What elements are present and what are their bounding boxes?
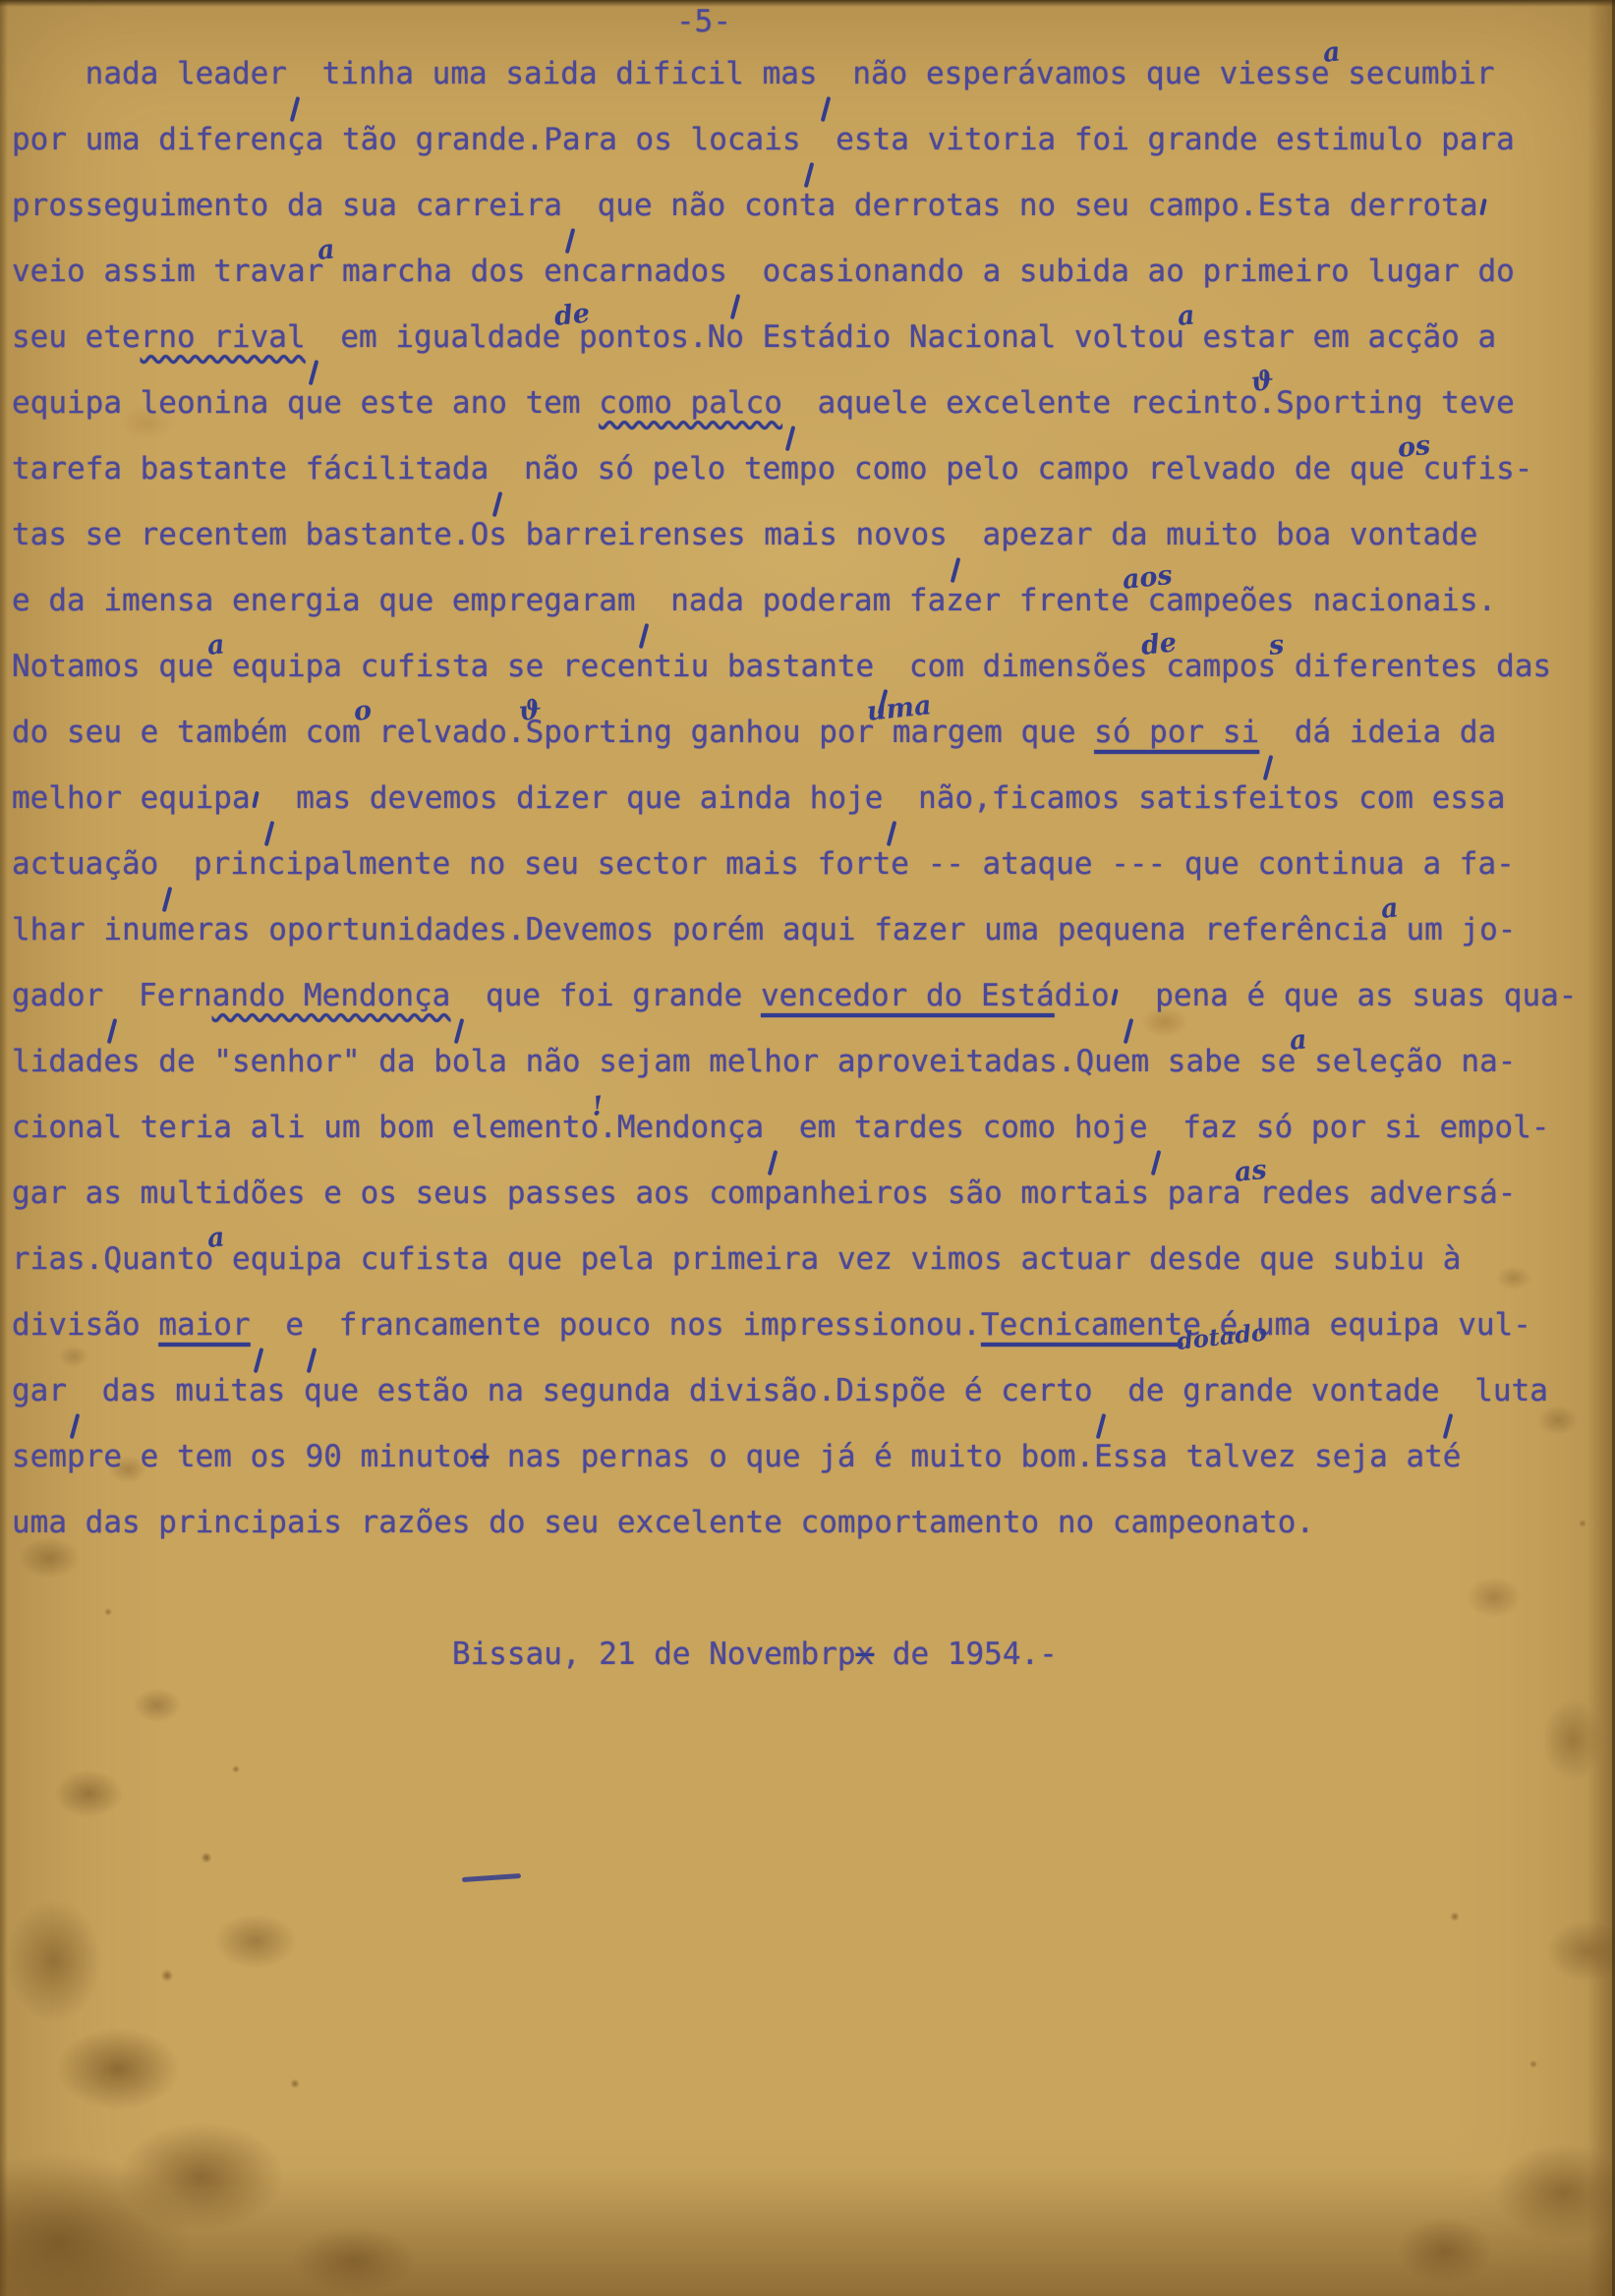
underlined-text: vencedor do Está (761, 978, 1055, 1013)
typed-text: não só pelo tempo como pelo campo relvad… (505, 451, 1405, 487)
typed-text: lidades de "senhor" da bola não sejam me… (12, 1044, 1296, 1079)
typed-text: Sporting ganhou por (526, 715, 875, 750)
text-line: lidades de "senhor" da bola não sejam me… (12, 1029, 1609, 1095)
typed-text: seleção na- (1296, 1044, 1516, 1079)
typed-text: Notamos que (12, 649, 213, 684)
typed-text: francamente pouco nos impressionou. (320, 1307, 981, 1343)
typed-text: .Mendonça (599, 1110, 764, 1145)
typed-text: esta vitoria foi grande estimulo para (818, 122, 1515, 157)
typed-text: tas se recentem bastante.Os barreirenses… (12, 517, 948, 552)
struck-text: d (471, 1439, 490, 1474)
typed-text: gar (12, 1373, 67, 1408)
typed-text: redes adversá- (1240, 1176, 1516, 1211)
typed-text: estar em acção a (1184, 319, 1496, 355)
text-line: gador Fernando Mendonça que foi grande v… (12, 963, 1609, 1029)
typed-text: equipa leonina que este ano tem (12, 385, 599, 421)
typed-text: nada leader (12, 56, 287, 91)
typed-text: gar as multidões e os seus passes aos co… (12, 1176, 1240, 1211)
text-line: prosseguimento da sua carreira que não c… (12, 173, 1609, 239)
top-edge-shading (0, 0, 1615, 7)
typed-text: diferentes das (1276, 649, 1551, 684)
typed-text: tarefa bastante fácilitada (12, 451, 489, 487)
typed-text: nas pernas o que já é muito bom.Essa tal… (489, 1439, 1461, 1474)
text-line: sempre e tem os 90 minutod nas pernas o … (12, 1424, 1609, 1490)
typed-text: dio (1055, 978, 1110, 1013)
typed-text: sempre e tem os 90 minuto (12, 1439, 471, 1474)
document-lines: nada leader tinha uma saida dificil mas … (12, 41, 1609, 1688)
typed-text: nada poderam fazer frente (653, 583, 1129, 618)
typed-text: um jo- (1388, 912, 1517, 947)
typed-text: Bissau, 21 de Novembrp (12, 1636, 856, 1672)
text-line: Bissau, 21 de Novembrpx de 1954.- (12, 1622, 1609, 1688)
text-line: equipa leonina que este ano tem como pal… (12, 371, 1609, 436)
typed-text: luta (1457, 1373, 1548, 1408)
typed-text: aquele excelente recinto (799, 385, 1258, 421)
text-line (12, 1556, 1609, 1622)
typed-text: divisão (12, 1307, 158, 1343)
typed-text: veio assim travar (12, 254, 323, 289)
pen-stroke-mark (462, 1873, 521, 1882)
typed-text: pena é que as suas qua- (1137, 978, 1578, 1013)
typed-text: prosseguimento da sua carreira (12, 188, 562, 223)
typed-text: não,ficamos satisfeitos com essa (899, 780, 1505, 816)
typed-text: pontos.No Estádio Nacional voltou (560, 319, 1184, 355)
typed-text: em igualdade (322, 319, 561, 355)
typed-text: uma das principais razões do seu excelen… (12, 1505, 1314, 1540)
typed-text: de grande vontade (1110, 1373, 1440, 1408)
text-line: tas se recentem bastante.Os barreirenses… (12, 502, 1609, 568)
typed-text: ocasionando a subida ao primeiro lugar d… (744, 254, 1515, 289)
typed-text: principalmente no seu sector mais forte … (175, 846, 1514, 882)
underlined-text: maior (158, 1307, 250, 1343)
typed-text: que não conta derrotas no seu campo.Esta… (579, 188, 1478, 223)
text-line: seu eterno rival em igualdadede pontos.N… (12, 305, 1609, 371)
text-line: por uma diferença tão grande.Para os loc… (12, 107, 1609, 173)
text-line: tarefa bastante fácilitada não só pelo t… (12, 436, 1609, 502)
underlined-text: ando Mendonça (212, 978, 451, 1013)
typed-text: apezar da muito boa vontade (964, 517, 1478, 552)
typed-text: em tardes como hoje (780, 1110, 1147, 1145)
text-line: Notamos quea equipa cufista se recentiu … (12, 634, 1609, 700)
typed-text: do seu e também com (12, 715, 361, 750)
typed-text: relvado. (361, 715, 526, 750)
text-line: rias.Quantoa equipa cufista que pela pri… (12, 1227, 1609, 1292)
typed-text: equipa cufista se recentiu bastante (213, 649, 874, 684)
typed-text: lhar inumeras oportunidades.Devemos poré… (12, 912, 1388, 947)
bottom-edge-shading (0, 2168, 1615, 2296)
text-line: veio assim travara marcha dos encarnados… (12, 239, 1609, 305)
typed-text: e da imensa energia que empregaram (12, 583, 636, 618)
underlined-text: como palco (599, 385, 782, 421)
typed-text: secumbir (1330, 56, 1495, 91)
typed-text: rias.Quanto (12, 1241, 213, 1277)
typed-text: melhor equipa (12, 780, 251, 816)
typed-text: actuação (12, 846, 158, 882)
text-line: nada leader tinha uma saida dificil mas … (12, 41, 1609, 107)
underlined-text: rno rival (141, 319, 306, 355)
text-line: lhar inumeras oportunidades.Devemos poré… (12, 897, 1609, 963)
text-line: e da imensa energia que empregaram nada … (12, 568, 1609, 634)
typed-text: .Sporting teve (1258, 385, 1515, 421)
typed-text: marcha dos encarnados (323, 254, 727, 289)
text-line: do seu e também como relvado.ϑSporting g… (12, 700, 1609, 766)
text-line: melhor equipa mas devemos dizer que aind… (12, 766, 1609, 832)
typed-text: das muitas que estão na segunda divisão.… (84, 1373, 1093, 1408)
typed-text: campeões nacionais. (1129, 583, 1496, 618)
underlined-text: só por si (1094, 715, 1259, 750)
typed-text: cional teria ali um bom elemento (12, 1110, 599, 1145)
left-edge-shading (0, 0, 8, 2296)
struck-text: x (856, 1636, 875, 1672)
typed-text: faz só por si empol- (1165, 1110, 1550, 1145)
typed-text: não esperávamos que viesse (835, 56, 1330, 91)
typed-text: que foi grande (467, 978, 761, 1013)
typed-text: equipa cufista que pela primeira vez vim… (213, 1241, 1461, 1277)
typed-text: seu ete (12, 319, 141, 355)
underlined-text: Tecnicament (981, 1307, 1182, 1343)
typed-text: tinha uma saida dificil mas (304, 56, 818, 91)
typed-text: Fern (120, 978, 211, 1013)
text-line: gar das muitas que estão na segunda divi… (12, 1358, 1609, 1424)
text-line: uma das principais razões do seu excelen… (12, 1490, 1609, 1556)
typed-text: de 1954.- (874, 1636, 1058, 1672)
typed-text: com dimensões (891, 649, 1147, 684)
page-number: -5- (676, 4, 731, 39)
text-line: divisão maior e francamente pouco nos im… (12, 1292, 1609, 1358)
text-line: gar as multidões e os seus passes aos co… (12, 1161, 1609, 1227)
typed-text: e (267, 1307, 304, 1343)
scanned-document-page: -5- nada leader tinha uma saida dificil … (0, 0, 1615, 2296)
typed-text: por uma diferença tão grande.Para os loc… (12, 122, 801, 157)
text-line: cional teria ali um bom elemento!.Mendon… (12, 1095, 1609, 1161)
typed-text: mas devemos dizer que ainda hoje (278, 780, 884, 816)
text-line: actuação principalmente no seu sector ma… (12, 832, 1609, 897)
typed-text: gador (12, 978, 103, 1013)
typed-text: dá ideia da (1276, 715, 1496, 750)
